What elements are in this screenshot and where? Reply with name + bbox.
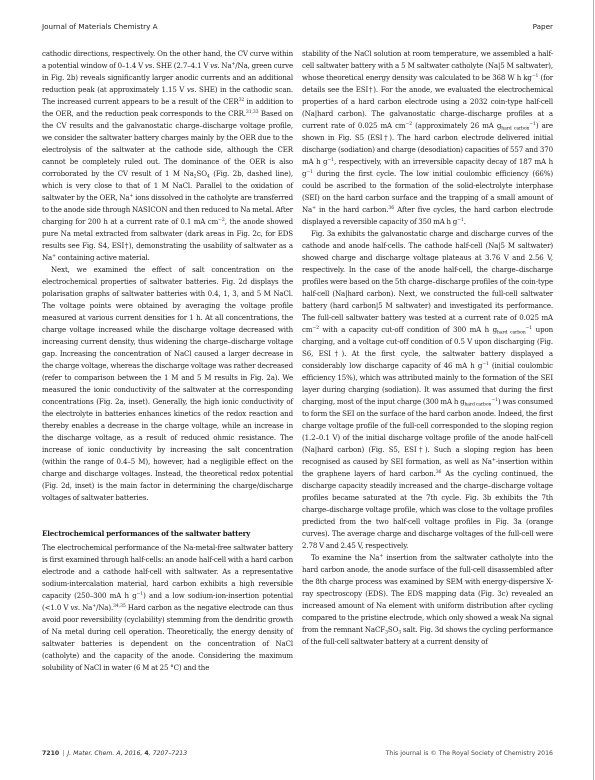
left-column: cathodic directions, respectively. On th… — [42, 48, 293, 674]
paragraph: To examine the Na+ insertion from the sa… — [302, 552, 553, 648]
section-heading: Electrochemical performances of the salt… — [42, 528, 293, 540]
citation-link[interactable]: 34,35 — [113, 604, 126, 609]
paragraph: stability of the NaCl solution at room t… — [302, 48, 553, 228]
copyright-notice: This journal is © The Royal Society of C… — [386, 750, 553, 757]
citation-link[interactable]: 31,33 — [246, 110, 259, 115]
running-header: Journal of Materials Chemistry A Paper — [42, 22, 553, 34]
page-edge-line — [593, 0, 594, 780]
article-type-label: Paper — [533, 22, 553, 31]
page-range: , 7207–7213 — [149, 750, 188, 757]
footer-separator: | — [62, 750, 64, 757]
paragraph: Next, we examined the effect of salt con… — [42, 264, 293, 504]
right-column: stability of the NaCl solution at room t… — [302, 48, 553, 648]
paragraph: Fig. 3a exhibits the galvanostatic charg… — [302, 228, 553, 552]
paragraph: The electrochemical performance of the N… — [42, 542, 293, 674]
page-number: 7210 — [42, 750, 59, 757]
journal-title: Journal of Materials Chemistry A — [42, 22, 158, 31]
journal-abbrev: J. Mater. Chem. A — [67, 750, 120, 757]
paragraph: cathodic directions, respectively. On th… — [42, 48, 293, 264]
footer-citation: 7210|J. Mater. Chem. A, 2016, 4, 7207–72… — [42, 750, 187, 757]
page-footer: 7210|J. Mater. Chem. A, 2016, 4, 7207–72… — [42, 750, 553, 762]
